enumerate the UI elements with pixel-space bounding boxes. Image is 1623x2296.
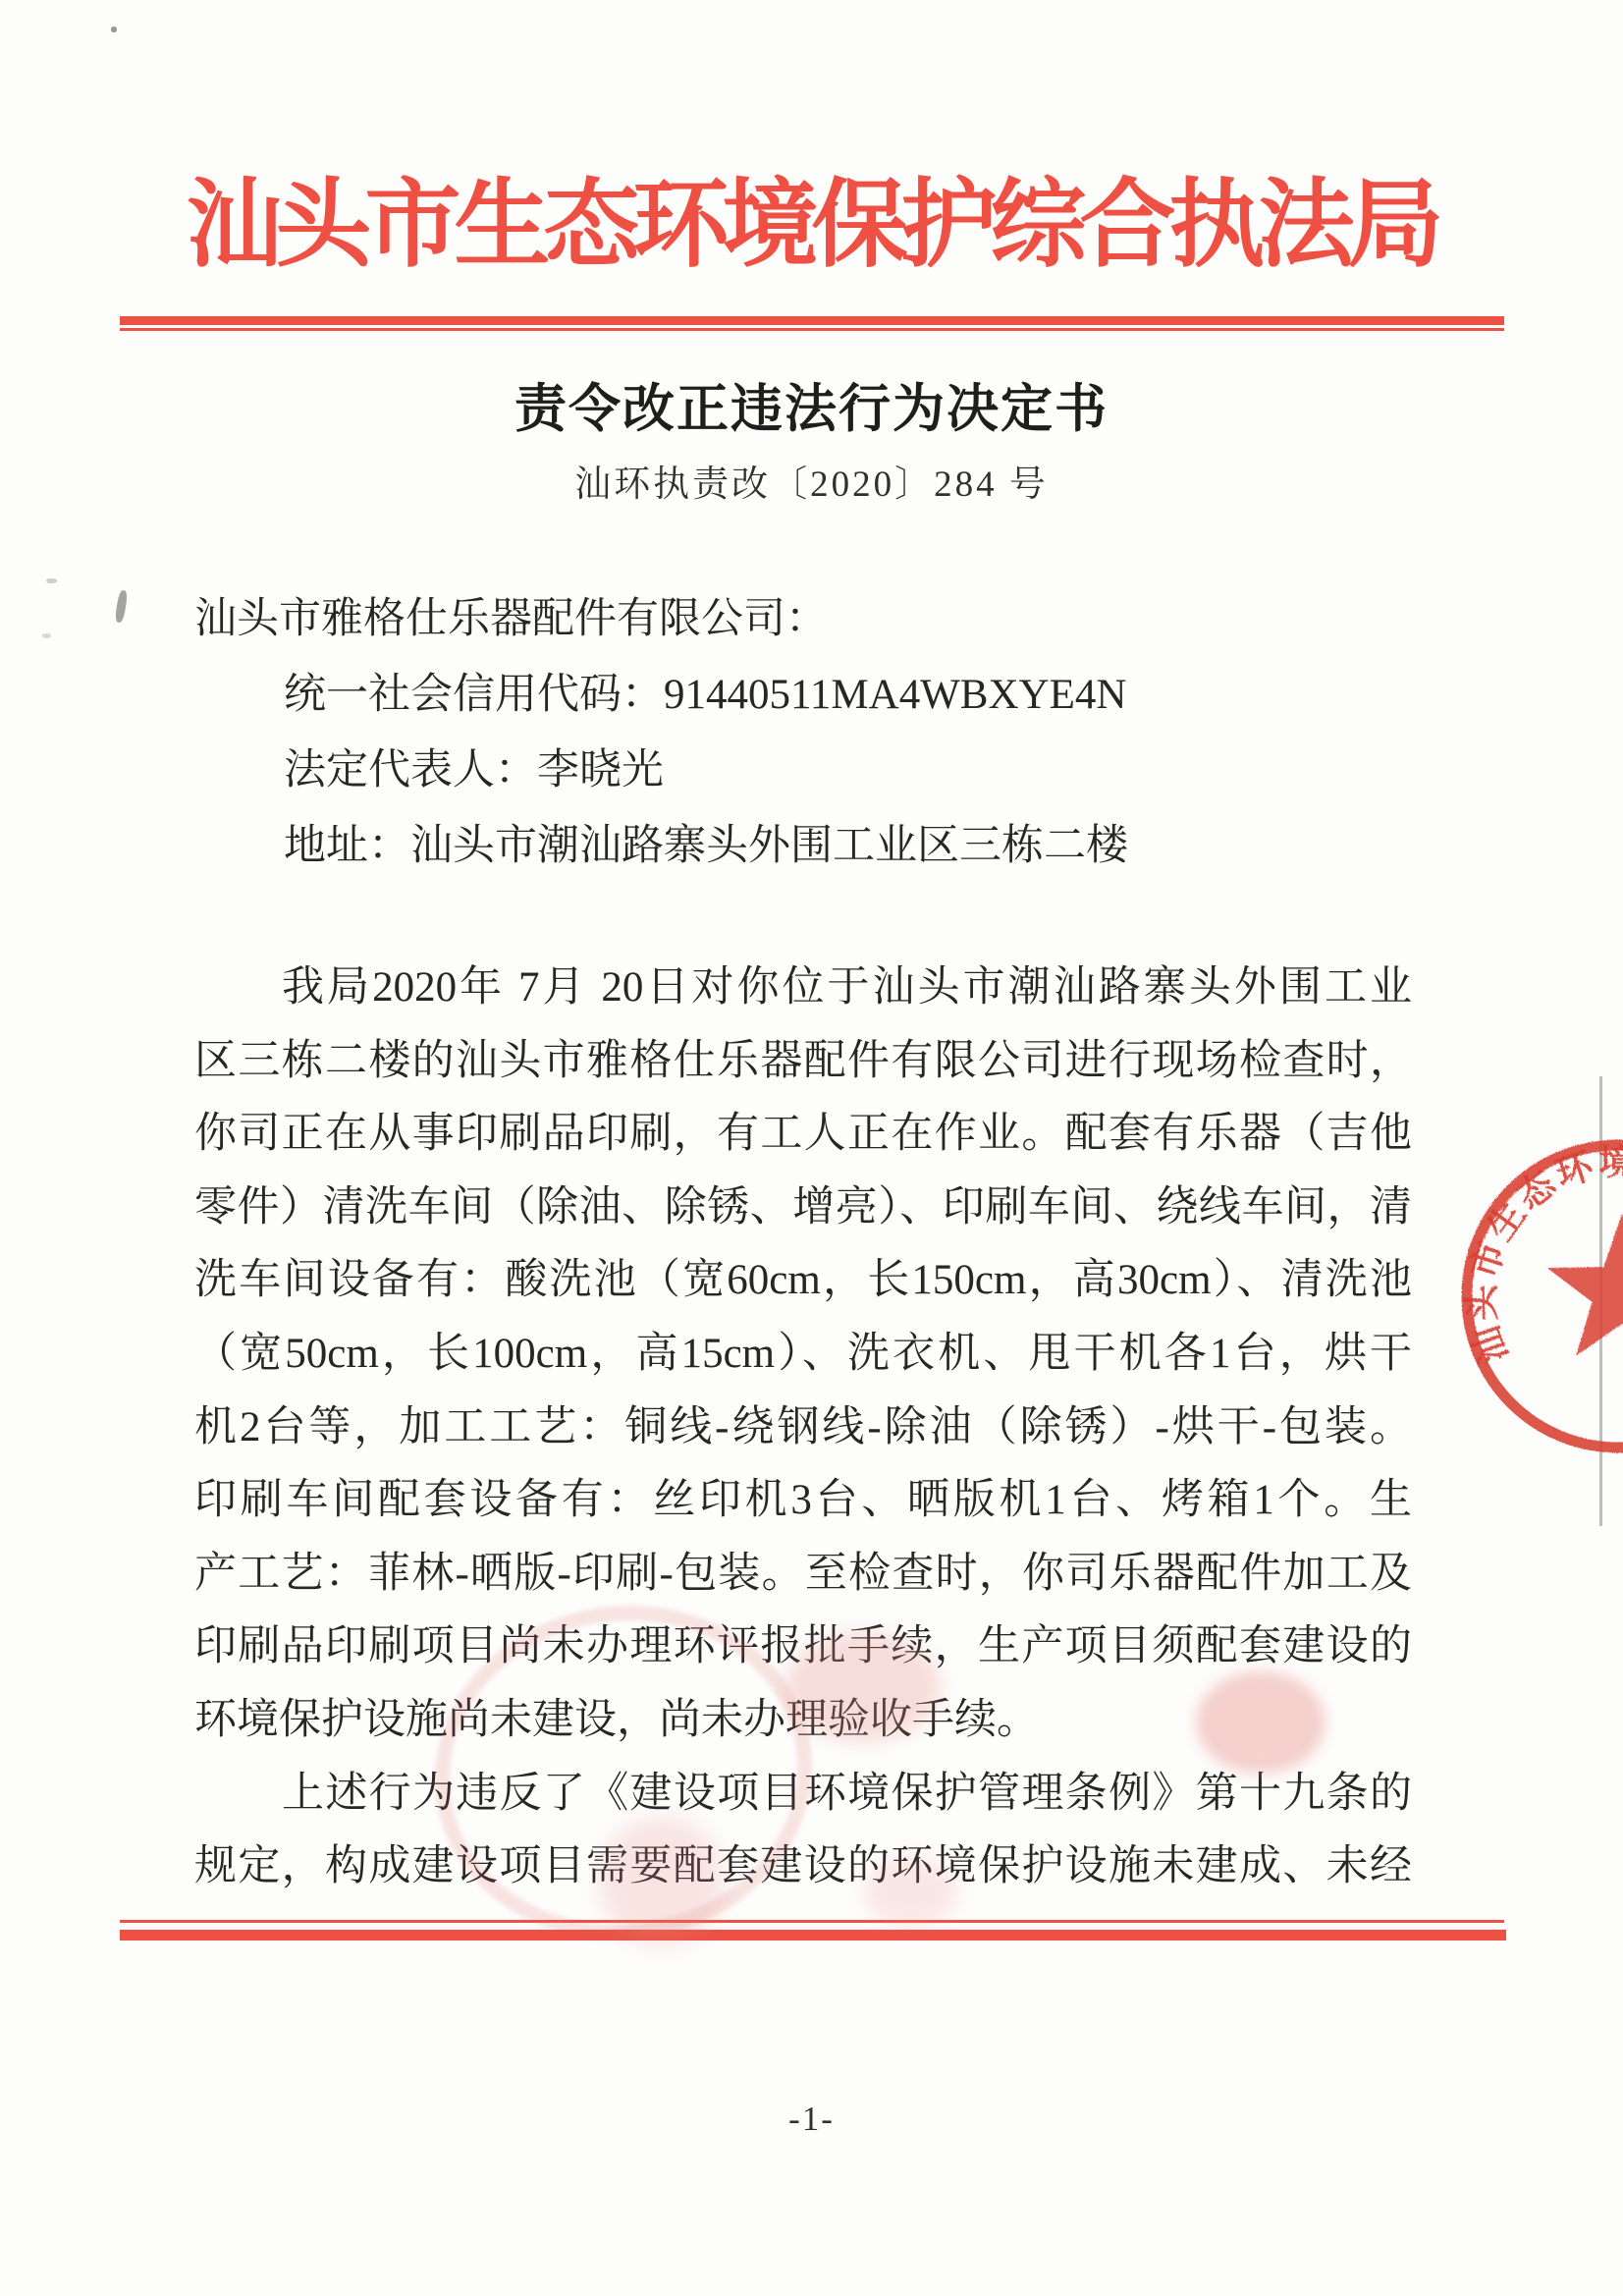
body-line: 你司正在从事印刷品印刷，有工人正在作业。配套有乐器（吉他 — [194, 1098, 1412, 1172]
red-smudge — [1196, 1671, 1325, 1774]
letterhead-rule-thin — [120, 328, 1504, 331]
body-line: （宽50cm，长100cm，高15cm）、洗衣机、甩干机各1台，烘干 — [194, 1318, 1412, 1392]
scan-speck — [111, 27, 117, 32]
body-line: 洗车间设备有：酸洗池（宽60cm，长150cm，高30cm）、清洗池 — [194, 1244, 1412, 1318]
red-smudge — [864, 1856, 957, 1927]
scan-speck — [114, 589, 128, 623]
red-smudge — [785, 1632, 941, 1742]
credit-code-value: 91440511MA4WBXYE4N — [664, 672, 1126, 718]
seal-star-icon — [1547, 1214, 1623, 1356]
page-number: -1- — [0, 2100, 1623, 2139]
scan-speck — [42, 633, 51, 638]
body-line: 零件）清洗车间（除油、除锈、增亮）、印刷车间、绕线车间，清 — [194, 1172, 1412, 1245]
scan-speck — [46, 578, 57, 583]
official-seal-stamp: 汕头市生态环境保护综合执法局 — [1394, 1110, 1623, 1503]
legal-rep-line: 法定代表人：李晓光 — [194, 733, 1414, 808]
document-page: 汕头市生态环境保护综合执法局 责令改正违法行为决定书 汕环执责改〔2020〕28… — [0, 0, 1623, 2296]
credit-code-label: 统一社会信用代码： — [284, 672, 664, 718]
body-line: 机2台等，加工工艺：铜线-绕钢线-除油（除锈）-烘干-包装。 — [194, 1392, 1412, 1465]
address-label: 地址： — [284, 823, 410, 869]
agency-letterhead: 汕头市生态环境保护综合执法局 — [0, 147, 1623, 286]
recipient-block: 汕头市雅格仕乐器配件有限公司： 统一社会信用代码：91440511MA4WBXY… — [194, 581, 1414, 884]
letterhead-rule-thick — [120, 316, 1504, 325]
address-line: 地址：汕头市潮汕路寨头外围工业区三栋二楼 — [194, 808, 1414, 884]
credit-code-line: 统一社会信用代码：91440511MA4WBXYE4N — [194, 657, 1414, 733]
document-title: 责令改正违法行为决定书 — [0, 367, 1623, 442]
address-value: 汕头市潮汕路寨头外围工业区三栋二楼 — [410, 823, 1128, 869]
legal-rep-label: 法定代表人： — [284, 747, 537, 793]
legal-rep-value: 李晓光 — [537, 747, 664, 793]
body-line: 印刷车间配套设备有：丝印机3台、晒版机1台、烤箱1个。生 — [194, 1464, 1412, 1538]
document-number: 汕环执责改〔2020〕284 号 — [0, 454, 1623, 507]
red-smudge — [599, 1817, 725, 1946]
recipient-name: 汕头市雅格仕乐器配件有限公司： — [194, 581, 1414, 657]
body-line: 区三栋二楼的汕头市雅格仕乐器配件有限公司进行现场检查时， — [194, 1025, 1412, 1099]
body-line: 我局2020年 7月 20日对你位于汕头市潮汕路寨头外围工业 — [194, 952, 1412, 1025]
